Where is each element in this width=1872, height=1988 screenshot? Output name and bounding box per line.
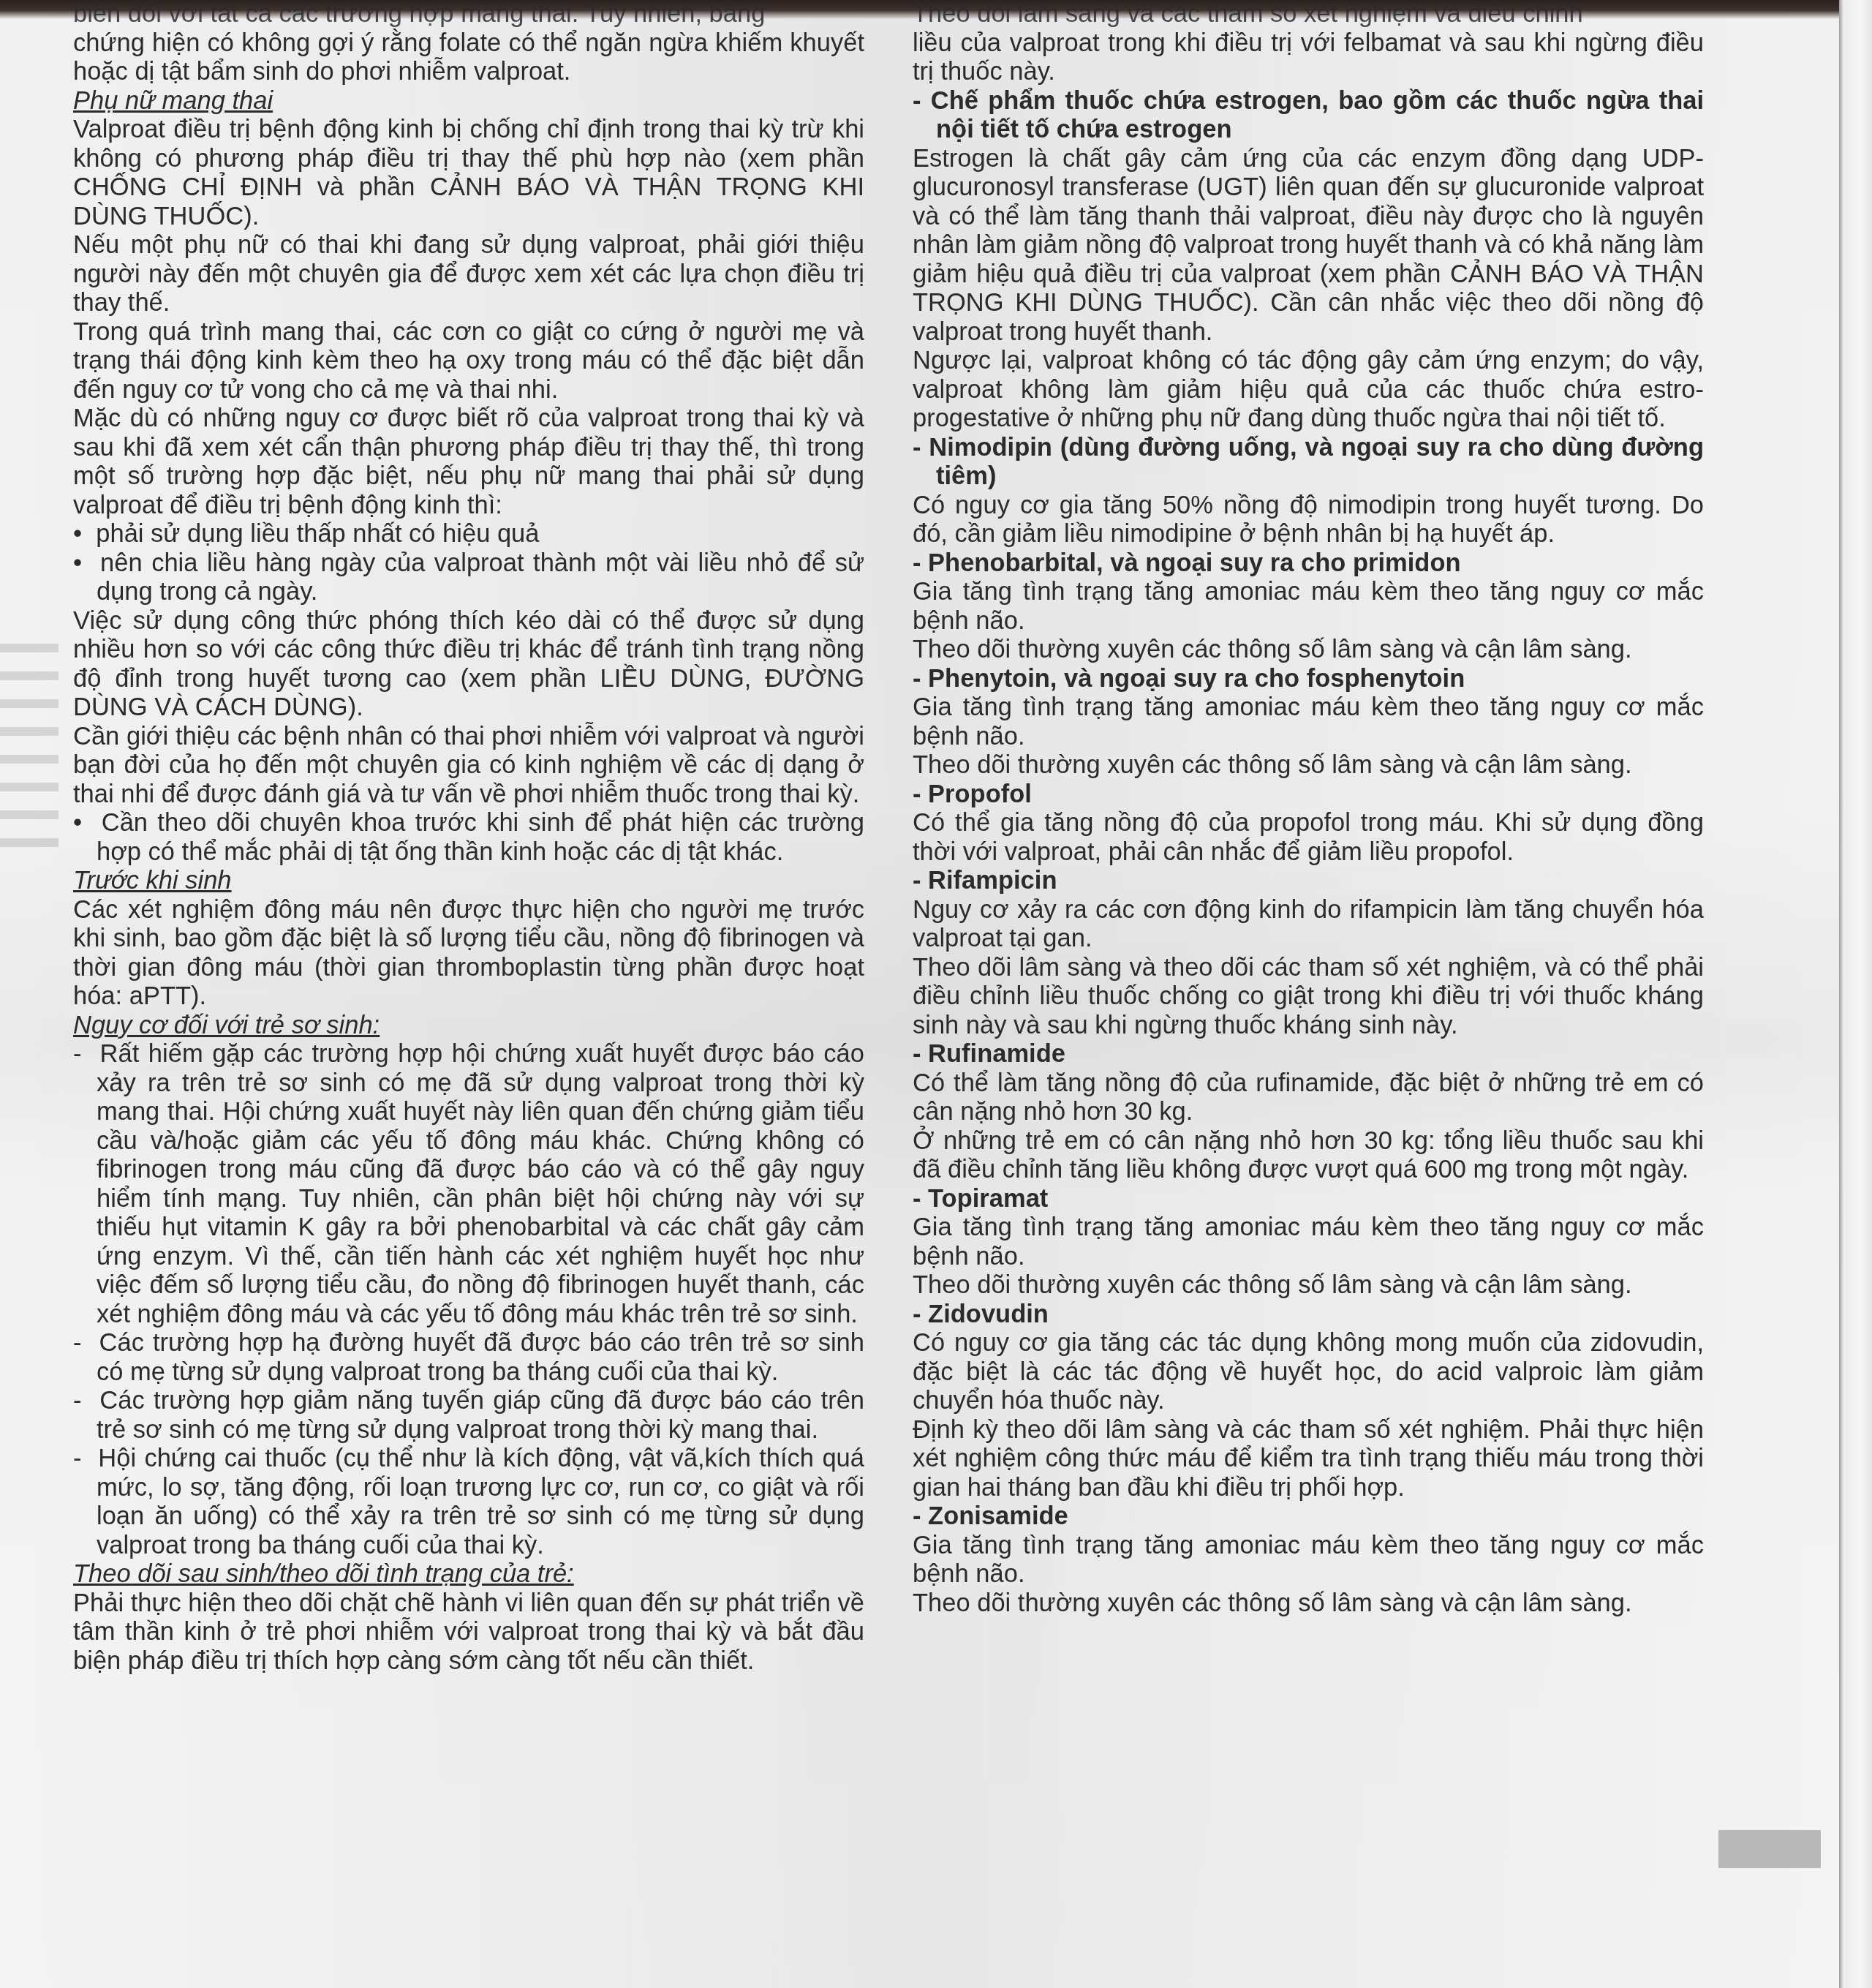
paragraph: Ngược lại, valproat không có tác động gâ…: [913, 347, 1704, 434]
dash-marker: -: [73, 1445, 82, 1472]
drug-heading-zidovudin: - Zidovudin: [913, 1300, 1704, 1330]
paragraph: Định kỳ theo dõi lâm sàng và các tham số…: [913, 1416, 1704, 1503]
bullet-marker: •: [73, 520, 82, 548]
paragraph: Theo dõi thường xuyên các thông số lâm s…: [913, 751, 1704, 780]
drug-heading-nimodipin: - Nimodipin (dùng đường uống, và ngoại s…: [913, 434, 1704, 492]
paragraph: Có nguy cơ gia tăng các tác dụng không m…: [913, 1329, 1704, 1416]
paragraph: chứng hiện có không gợi ý rằng folate có…: [73, 29, 864, 87]
paragraph: Theo dõi thường xuyên các thông số lâm s…: [913, 1589, 1704, 1619]
paragraph: Cần giới thiệu các bệnh nhân có thai phơ…: [73, 723, 864, 810]
paragraph: Nếu một phụ nữ có thai khi đang sử dụng …: [73, 231, 864, 318]
drug-heading-phenytoin: - Phenytoin, và ngoại suy ra cho fosphen…: [913, 665, 1704, 694]
paragraph: Gia tăng tình trạng tăng amoniac máu kèm…: [913, 578, 1704, 636]
paragraph: Theo dõi lâm sàng và theo dõi các tham s…: [913, 954, 1704, 1041]
drug-heading-phenobarbital: - Phenobarbital, và ngoại suy ra cho pri…: [913, 549, 1704, 579]
drug-heading-zonisamide: - Zonisamide: [913, 1502, 1704, 1532]
bullet-item: • nên chia liều hàng ngày của valproat t…: [73, 549, 864, 607]
paragraph: Có nguy cơ gia tăng 50% nồng độ nimodipi…: [913, 492, 1704, 549]
paragraph: Các xét nghiệm đông máu nên được thực hi…: [73, 896, 864, 1012]
paragraph: liều của valproat trong khi điều trị với…: [913, 29, 1704, 87]
paragraph: Gia tăng tình trạng tăng amoniac máu kèm…: [913, 693, 1704, 751]
gray-stamp-block: [1718, 1830, 1821, 1868]
paragraph: Có thể gia tăng nồng độ của propofol tro…: [913, 809, 1704, 867]
cut-off-line: biến đổi với tất cả các trường hợp mang …: [73, 0, 864, 29]
dash-item: - Hội chứng cai thuốc (cụ thể như là kíc…: [73, 1445, 864, 1560]
dash-marker: -: [73, 1387, 82, 1415]
subheading-pregnant-women: Phụ nữ mang thai: [73, 87, 864, 116]
dash-item: - Các trường hợp hạ đường huyết đã được …: [73, 1329, 864, 1387]
paragraph: Việc sử dụng công thức phóng thích kéo d…: [73, 607, 864, 723]
paragraph: Có thể làm tăng nồng độ của rufinamide, …: [913, 1069, 1704, 1127]
paragraph: Theo dõi thường xuyên các thông số lâm s…: [913, 1271, 1704, 1300]
drug-heading-rufinamide: - Rufinamide: [913, 1040, 1704, 1069]
paragraph: Trong quá trình mang thai, các cơn co gi…: [73, 318, 864, 405]
drug-heading-estrogen: - Chế phẩm thuốc chứa estrogen, bao gồm …: [913, 87, 1704, 145]
paragraph: Phải thực hiện theo dõi chặt chẽ hành vi…: [73, 1589, 864, 1676]
page-edge: [1839, 0, 1872, 1988]
dash-marker: -: [73, 1329, 82, 1357]
bleed-through-text: [0, 644, 58, 863]
paragraph: Gia tăng tình trạng tăng amoniac máu kèm…: [913, 1213, 1704, 1271]
bullet-marker: •: [73, 809, 82, 837]
right-column: Theo dõi lâm sàng và các tham số xét ngh…: [913, 16, 1704, 1618]
paragraph: Gia tăng tình trạng tăng amoniac máu kèm…: [913, 1532, 1704, 1589]
bullet-item: • phải sử dụng liều thấp nhất có hiệu qu…: [73, 520, 864, 549]
cut-off-line: Theo dõi lâm sàng và các tham số xét ngh…: [913, 0, 1704, 29]
paragraph: Nguy cơ xảy ra các cơn động kinh do rifa…: [913, 896, 1704, 954]
subheading-newborn-risk: Nguy cơ đối với trẻ sơ sinh:: [73, 1012, 864, 1041]
dash-marker: -: [73, 1040, 82, 1068]
bullet-marker: •: [73, 549, 82, 577]
paragraph: Ở những trẻ em có cân nặng nhỏ hơn 30 kg…: [913, 1127, 1704, 1185]
bullet-item: • Cần theo dõi chuyên khoa trước khi sin…: [73, 809, 864, 867]
dash-item: - Các trường hợp giảm năng tuyến giáp cũ…: [73, 1387, 864, 1445]
drug-heading-topiramat: - Topiramat: [913, 1185, 1704, 1214]
drug-heading-propofol: - Propofol: [913, 780, 1704, 810]
subheading-postnatal-monitoring: Theo dõi sau sinh/theo dõi tình trạng củ…: [73, 1560, 864, 1589]
drug-heading-rifampicin: - Rifampicin: [913, 867, 1704, 896]
left-column: biến đổi với tất cả các trường hợp mang …: [73, 16, 864, 1676]
subheading-before-birth: Trước khi sinh: [73, 867, 864, 896]
paragraph: Estrogen là chất gây cảm ứng của các enz…: [913, 145, 1704, 347]
paragraph: Valproat điều trị bệnh động kinh bị chốn…: [73, 116, 864, 231]
dash-item: - Rất hiếm gặp các trường hợp hội chứng …: [73, 1040, 864, 1329]
paragraph: Mặc dù có những nguy cơ được biết rõ của…: [73, 404, 864, 520]
paragraph: Theo dõi thường xuyên các thông số lâm s…: [913, 636, 1704, 665]
